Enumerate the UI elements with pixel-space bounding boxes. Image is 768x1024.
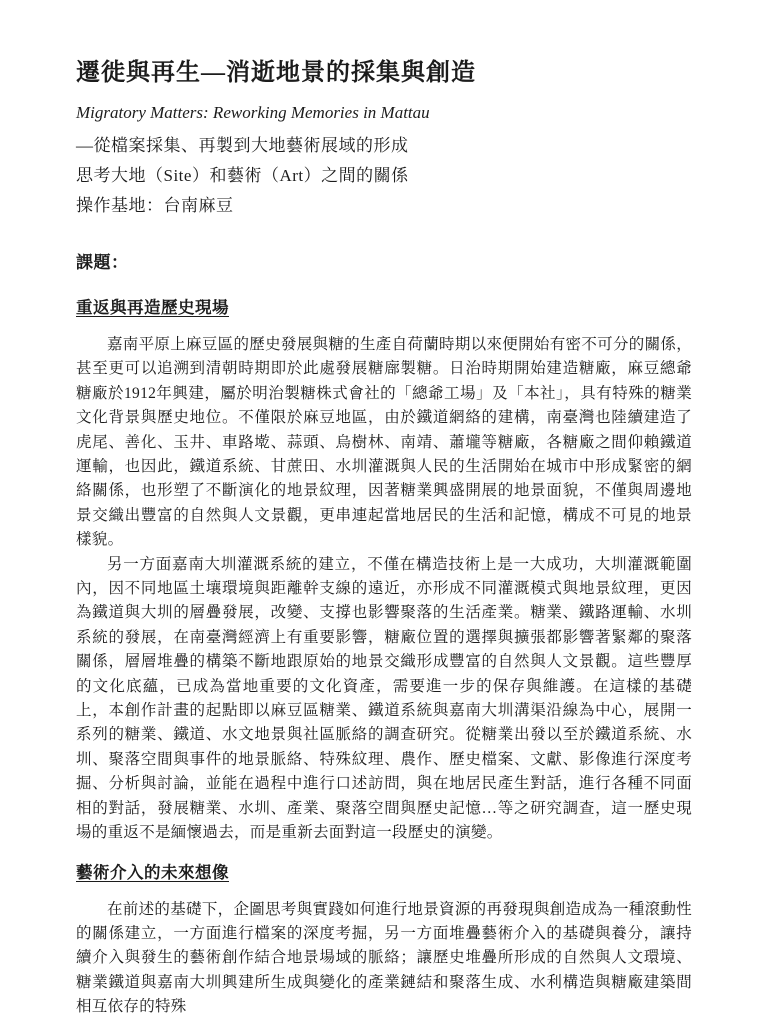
paragraph-canal-irrigation: 另一方面嘉南大圳灌溉系統的建立，不僅在構造技術上是一大成功，大圳灌溉範圍內，因不… xyxy=(76,553,692,846)
document-page: 遷徙與再生—消逝地景的採集與創造 Migratory Matters: Rewo… xyxy=(0,0,768,1024)
section-heading-art-intervention: 藝術介入的未來想像 xyxy=(76,859,692,883)
paragraph-art-future: 在前述的基礎下，企圖思考與實踐如何進行地景資源的再發現與創造成為一種滾動性的關係… xyxy=(76,898,692,1020)
document-subtitle-english: Migratory Matters: Reworking Memories in… xyxy=(76,101,692,125)
subtitle-line-formation: —從檔案採集、再製到大地藝術展域的形成 xyxy=(76,131,692,161)
section-heading-return-history: 重返與再造歷史現場 xyxy=(76,294,692,318)
subtitle-line-base-location: 操作基地：台南麻豆 xyxy=(76,191,692,221)
topics-label: 課題： xyxy=(76,248,692,273)
paragraph-history-sugar: 嘉南平原上麻豆區的歷史發展與糖的生產自荷蘭時期以來便開始有密不可分的關係，甚至更… xyxy=(76,333,692,553)
subtitle-line-site-art: 思考大地（Site）和藝術（Art）之間的關係 xyxy=(76,161,692,191)
document-title: 遷徙與再生—消逝地景的採集與創造 xyxy=(76,58,692,89)
